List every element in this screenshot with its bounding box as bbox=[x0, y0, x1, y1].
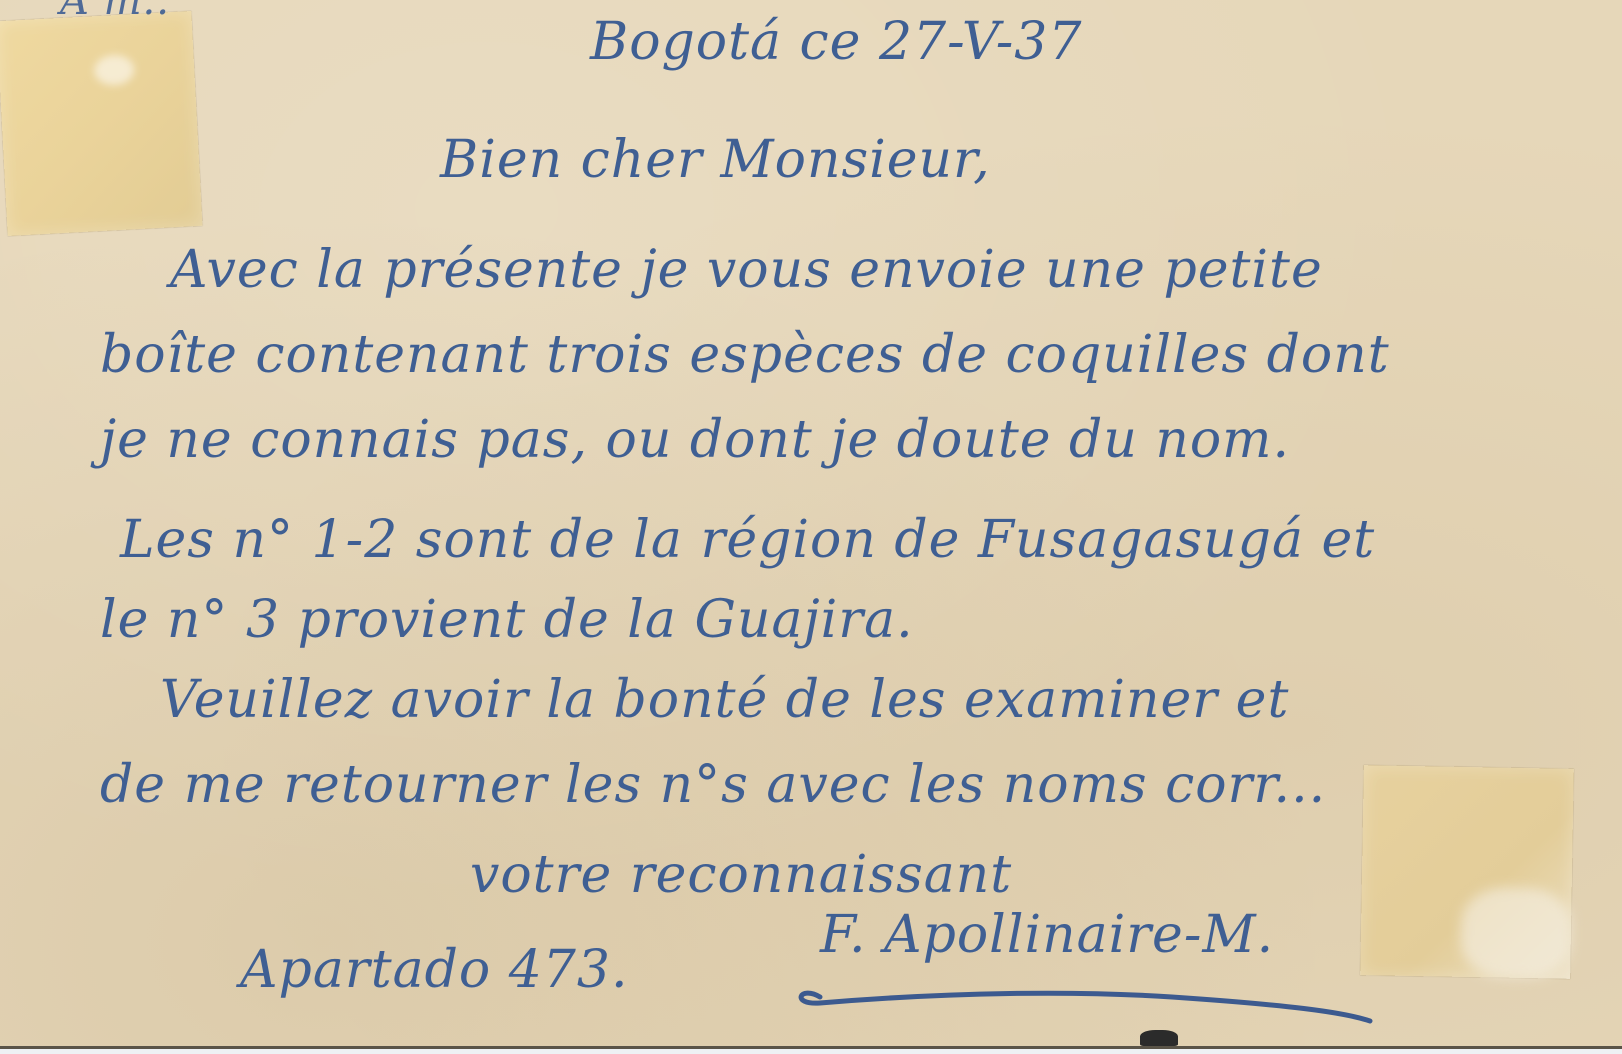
tape-patch-top-left bbox=[0, 11, 202, 236]
body-line-6: Veuillez avoir la bonté de les examiner … bbox=[160, 670, 1289, 730]
dateline: Bogotá ce 27-V-37 bbox=[590, 12, 1082, 72]
postal-address: Apartado 473. bbox=[240, 940, 629, 1000]
body-line-2: boîte contenant trois espèces de coquill… bbox=[100, 325, 1390, 385]
scan-edge bbox=[0, 1049, 1622, 1054]
tape-patch-bottom-right bbox=[1360, 765, 1574, 979]
ink-blot bbox=[1140, 1030, 1178, 1046]
body-line-4: Les n° 1-2 sont de la région de Fusagasu… bbox=[120, 510, 1375, 570]
closing: votre reconnaissant bbox=[470, 845, 1012, 905]
body-line-3: je ne connais pas, ou dont je doute du n… bbox=[100, 410, 1290, 470]
body-line-7: de me retourner les n°s avec les noms co… bbox=[100, 755, 1326, 815]
signature-flourish-icon bbox=[780, 975, 1420, 1045]
body-line-1: Avec la présente je vous envoie une peti… bbox=[170, 240, 1323, 300]
postcard: A m.. Bogotá ce 27-V-37 Bien cher Monsie… bbox=[0, 0, 1622, 1049]
body-line-5: le n° 3 provient de la Guajira. bbox=[100, 590, 914, 650]
salutation: Bien cher Monsieur, bbox=[440, 130, 991, 190]
corner-fragment-text: A m.. bbox=[60, 0, 170, 24]
signature: F. Apollinaire-M. bbox=[820, 905, 1274, 965]
